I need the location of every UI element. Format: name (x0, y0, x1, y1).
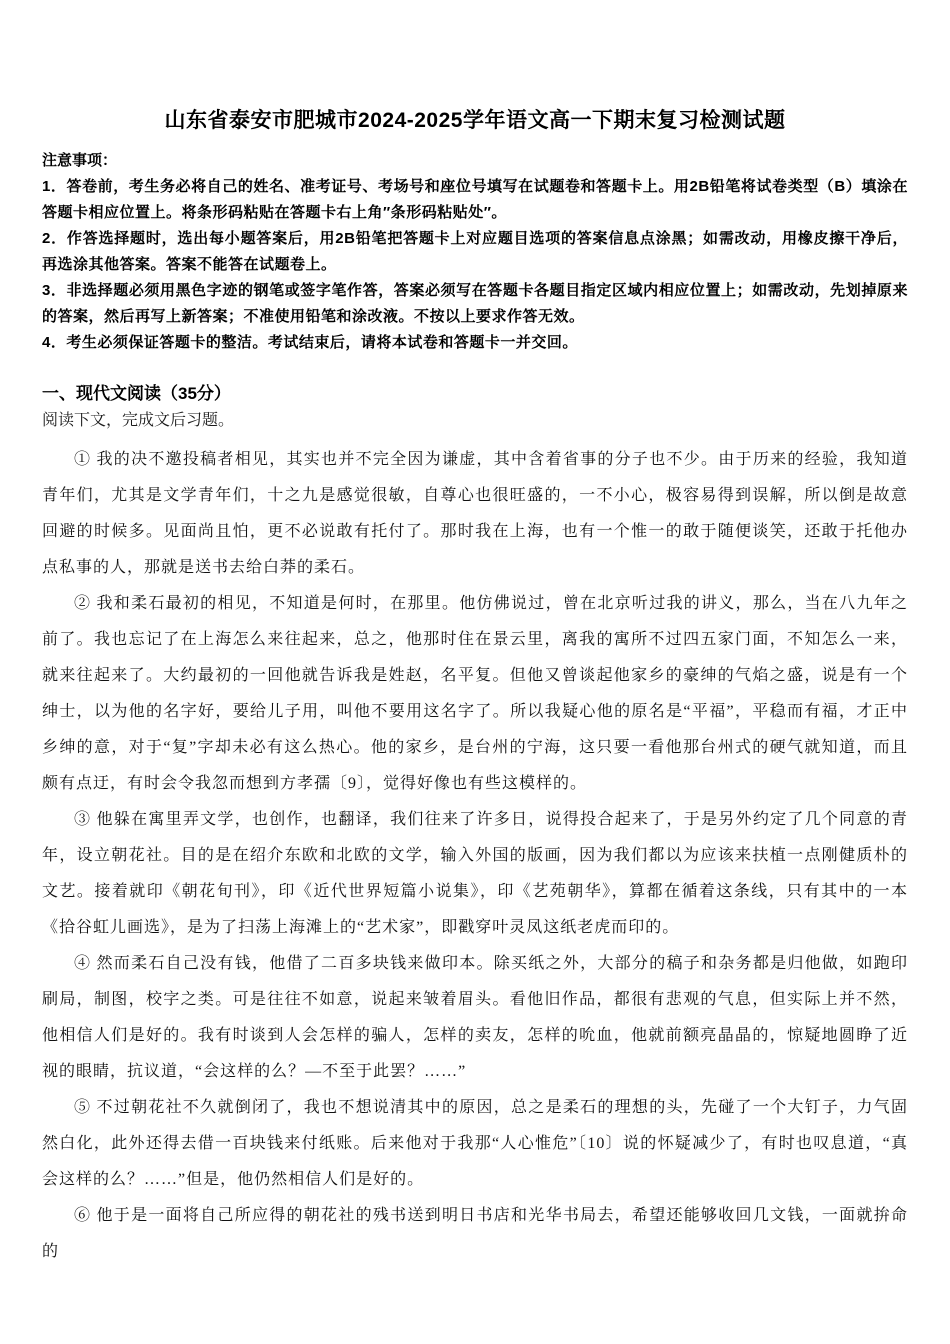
modern-text-reading-section: 一、现代文阅读（35分） 阅读下文，完成文后习题。 ① 我的决不邀投稿者相见，其… (42, 382, 908, 1270)
essay-paragraph-5: ⑤ 不过朝花社不久就倒闭了，我也不想说清其中的原因，总之是柔石的理想的头，先碰了… (42, 1090, 908, 1198)
exam-paper-page: 山东省泰安市肥城市2024-2025学年语文高一下期末复习检测试题 注意事项： … (0, 0, 950, 1344)
notice-item-1: 1．答卷前，考生务必将自己的姓名、准考证号、考场号和座位号填写在试题卷和答题卡上… (42, 174, 908, 226)
notice-item-2: 2．作答选择题时，选出每小题答案后，用2B铅笔把答题卡上对应题目选项的答案信息点… (42, 226, 908, 278)
reading-instruction: 阅读下文，完成文后习题。 (42, 408, 908, 434)
section-heading: 一、现代文阅读（35分） (42, 382, 908, 406)
essay-text: ① 我的决不邀投稿者相见，其实也并不完全因为谦虚，其中含着省事的分子也不少。由于… (42, 442, 908, 1270)
notice-item-4: 4．考生必须保证答题卡的整洁。考试结束后，请将本试卷和答题卡一并交回。 (42, 330, 908, 356)
notice-section: 注意事项： 1．答卷前，考生务必将自己的姓名、准考证号、考场号和座位号填写在试题… (42, 148, 908, 356)
essay-paragraph-1: ① 我的决不邀投稿者相见，其实也并不完全因为谦虚，其中含着省事的分子也不少。由于… (42, 442, 908, 586)
essay-paragraph-3: ③ 他躲在寓里弄文学，也创作，也翻译，我们往来了许多日，说得投合起来了，于是另外… (42, 802, 908, 946)
essay-paragraph-2: ② 我和柔石最初的相见，不知道是何时，在那里。他仿佛说过，曾在北京听过我的讲义，… (42, 586, 908, 802)
essay-paragraph-4: ④ 然而柔石自己没有钱，他借了二百多块钱来做印本。除买纸之外，大部分的稿子和杂务… (42, 946, 908, 1090)
notice-heading: 注意事项： (42, 148, 908, 174)
essay-paragraph-6: ⑥ 他于是一面将自己所应得的朝花社的残书送到明日书店和光华书局去，希望还能够收回… (42, 1198, 908, 1270)
page-title: 山东省泰安市肥城市2024-2025学年语文高一下期末复习检测试题 (42, 106, 908, 136)
notice-item-3: 3．非选择题必须用黑色字迹的钢笔或签字笔作答，答案必须写在答题卡各题目指定区域内… (42, 278, 908, 330)
